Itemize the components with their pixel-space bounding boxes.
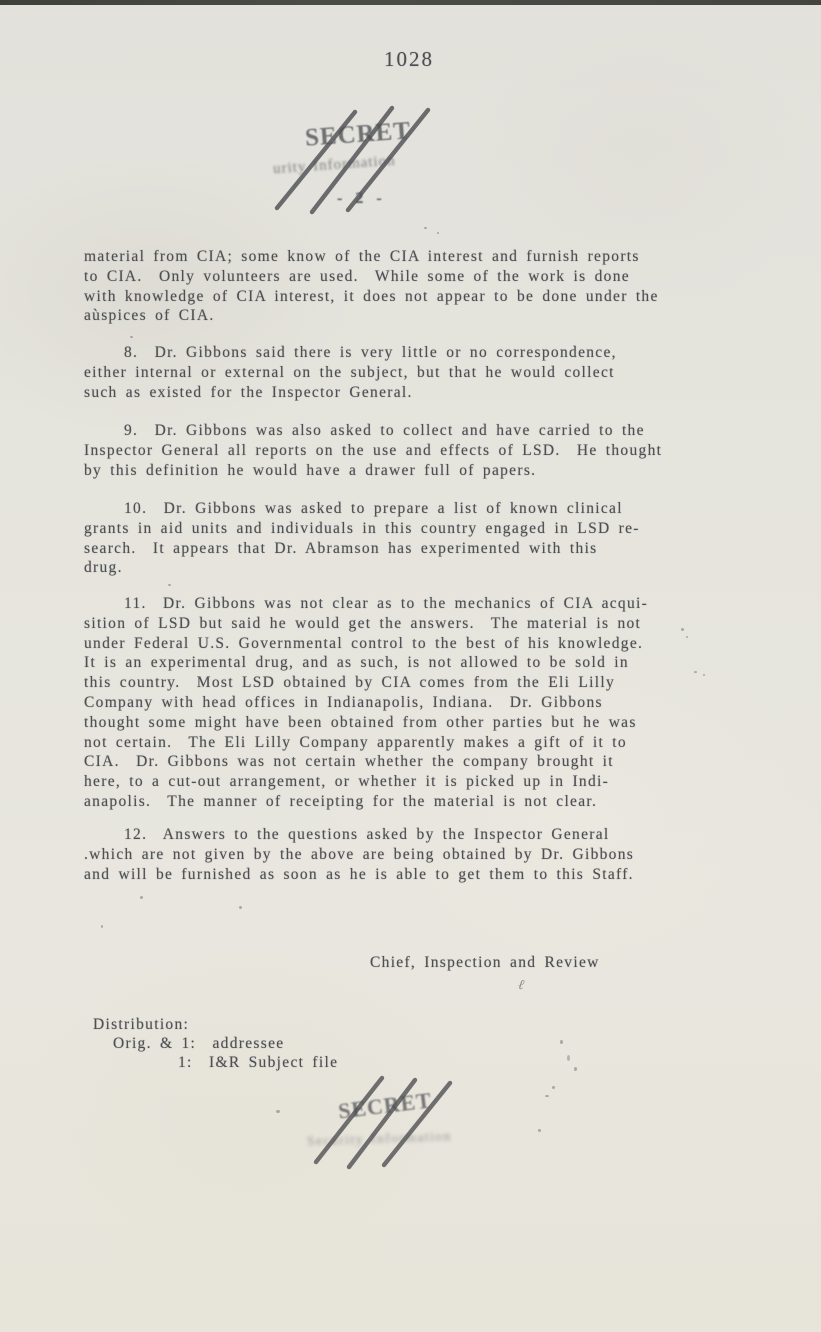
paragraph-8: 8. Dr. Gibbons said there is very little… (84, 343, 749, 402)
scan-speck (703, 674, 705, 676)
scan-speck (424, 227, 427, 229)
scan-speck (567, 1055, 570, 1061)
scan-speck (130, 336, 133, 338)
scan-speck (538, 1129, 541, 1132)
page-number: 1028 (384, 50, 434, 70)
paragraph-7-continuation: material from CIA; some know of the CIA … (84, 247, 749, 326)
scan-speck (560, 1040, 563, 1044)
paragraph-10: 10. Dr. Gibbons was asked to prepare a l… (84, 499, 749, 578)
scan-speck (140, 896, 143, 899)
paragraph-11: 11. Dr. Gibbons was not clear as to the … (84, 594, 749, 812)
scan-speck (686, 636, 688, 638)
scan-speck (574, 1067, 577, 1071)
signature-title: Chief, Inspection and Review (370, 953, 600, 973)
scan-speck (552, 1086, 555, 1089)
paragraph-12: 12. Answers to the questions asked by th… (84, 825, 749, 884)
paragraph-9: 9. Dr. Gibbons was also asked to collect… (84, 421, 749, 480)
scan-speck (276, 1110, 280, 1113)
distribution-heading: Distribution: (93, 1015, 189, 1035)
scan-speck (437, 232, 439, 234)
distribution-line-1: Orig. & 1: addressee (113, 1034, 284, 1054)
cross-out-slashes-icon (300, 1068, 465, 1180)
cross-out-slashes-icon (265, 100, 445, 225)
scan-speck (168, 584, 171, 586)
stray-ink-mark: ℓ (517, 978, 525, 995)
scanned-document-page: 1028 SECRET urity Information - 2 - mate… (0, 0, 821, 1332)
scan-speck (101, 925, 103, 928)
scan-speck (694, 671, 697, 673)
scan-speck (239, 906, 242, 909)
scan-speck (681, 628, 684, 631)
scan-speck (545, 1095, 549, 1097)
scan-edge-strip (0, 0, 821, 5)
